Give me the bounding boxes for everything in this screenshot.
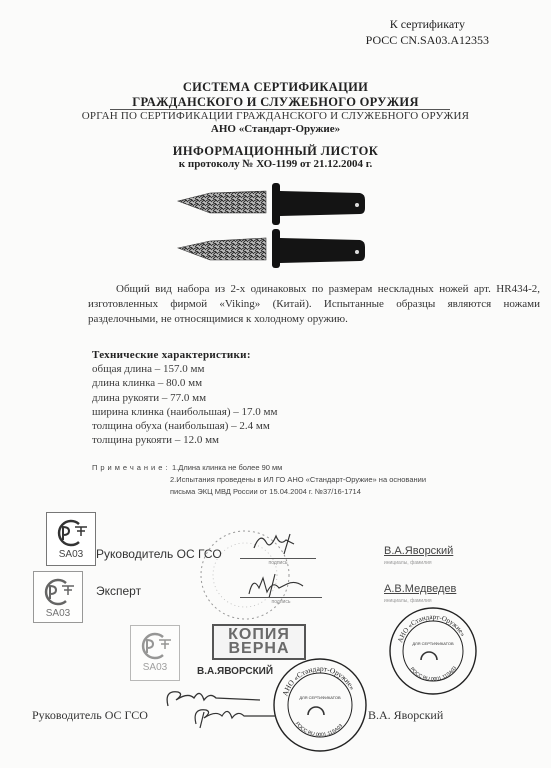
svg-text:РОСС RU.0001.11SA03: РОСС RU.0001.11SA03 <box>294 721 345 738</box>
note-2: 2.Испытания проведены в ИЛ ГО АНО «Станд… <box>92 474 426 486</box>
document-subtitle: к протоколу № ХО-1199 от 21.12.2004 г. <box>0 158 551 170</box>
gost-mark-2: SA03 <box>33 571 83 623</box>
rst-logo-icon <box>40 577 76 607</box>
seal-purpose: ДЛЯ СЕРТИФИКАТОВ <box>299 695 341 700</box>
head-signature-line <box>240 558 316 559</box>
expert-signature-caption: подпись <box>240 599 322 605</box>
certification-organ: ОРГАН ПО СЕРТИФИКАЦИИ ГРАЖДАНСКОГО И СЛУ… <box>0 110 551 122</box>
gost-code: SA03 <box>34 608 82 619</box>
knife-set-photo <box>170 183 370 268</box>
spec-item: ширина клинка (наибольшая) – 17.0 мм <box>92 405 277 419</box>
copy-stamp-name: В.А.ЯВОРСКИЙ <box>197 666 273 677</box>
note-1: 1.Длина клинка не более 90 мм <box>172 463 282 472</box>
organization-name: АНО «Стандарт-Оружие» <box>0 123 551 135</box>
product-description: Общий вид набора из 2-х одинаковых по ра… <box>88 282 540 327</box>
copy-stamp-line2: ВЕРНА <box>218 642 300 656</box>
gost-code: SA03 <box>47 549 95 560</box>
head-name-caption: инициалы, фамилия <box>384 560 432 566</box>
head-name: В.А.Яворский <box>384 545 453 557</box>
certificate-reference: К сертификату РОСС CN.SA03.A12353 <box>366 16 489 48</box>
technical-specs: Технические характеристики: общая длина … <box>92 348 277 447</box>
spec-item: длина клинка – 80.0 мм <box>92 376 277 390</box>
footer-head-label: Руководитель ОС ГСО <box>32 708 148 723</box>
seal-purpose: ДЛЯ СЕРТИФИКАТОВ <box>412 641 454 646</box>
footer-head-name: В.А. Яворский <box>368 708 443 723</box>
system-title-line1: СИСТЕМА СЕРТИФИКАЦИИ <box>0 80 551 95</box>
expert-signature-icon <box>245 570 315 600</box>
system-title-line2: ГРАЖДАНСКОГО И СЛУЖЕБНОГО ОРУЖИЯ <box>0 95 551 110</box>
spec-item: длина рукояти – 77.0 мм <box>92 391 277 405</box>
head-signature-caption: подпись <box>240 560 316 566</box>
document-title: ИНФОРМАЦИОННЫЙ ЛИСТОК <box>0 144 551 159</box>
expert-signature-line <box>240 597 322 598</box>
notes: Примечание:1.Длина клинка не более 90 мм… <box>92 462 426 498</box>
seal-reg: РОСС RU.0001.11SA03 <box>294 721 345 738</box>
svg-text:РОСС RU.0001.11SA03: РОСС RU.0001.11SA03 <box>409 665 459 682</box>
spec-item: толщина рукояти – 12.0 мм <box>92 433 277 447</box>
specs-heading: Технические характеристики: <box>92 348 277 362</box>
gost-mark-1: SA03 <box>46 512 96 566</box>
expert-label: Эксперт <box>96 584 141 598</box>
rst-logo-icon <box>53 518 89 548</box>
spec-item: общая длина – 157.0 мм <box>92 362 277 376</box>
head-signature-icon <box>250 528 310 556</box>
reference-number: РОСС CN.SA03.A12353 <box>366 32 489 48</box>
expert-name: А.В.Медведев <box>384 583 456 595</box>
expert-name-caption: инициалы, фамилия <box>384 598 432 604</box>
rst-logo-icon <box>137 631 173 661</box>
gost-code: SA03 <box>131 662 179 673</box>
organization-seal-bottom: ДЛЯ СЕРТИФИКАТОВ АНО «Стандарт-Оружие» Р… <box>270 655 370 755</box>
gost-mark-3: SA03 <box>130 625 180 681</box>
seal-reg: РОСС RU.0001.11SA03 <box>409 665 459 682</box>
footer-signature-icon <box>190 698 280 732</box>
description-text: Общий вид набора из 2-х одинаковых по ра… <box>88 283 540 325</box>
notes-label: Примечание: <box>92 462 172 474</box>
reference-line1: К сертификату <box>366 16 489 32</box>
organization-seal-top: ДЛЯ СЕРТИФИКАТОВ АНО «Стандарт-Оружие» Р… <box>387 605 479 697</box>
spec-item: толщина обуха (наибольшая) – 2.4 мм <box>92 419 277 433</box>
knife-bottom <box>178 229 365 268</box>
note-2-continued: письма ЭКЦ МВД России от 15.04.2004 г. №… <box>92 486 426 498</box>
knife-top <box>178 183 365 225</box>
